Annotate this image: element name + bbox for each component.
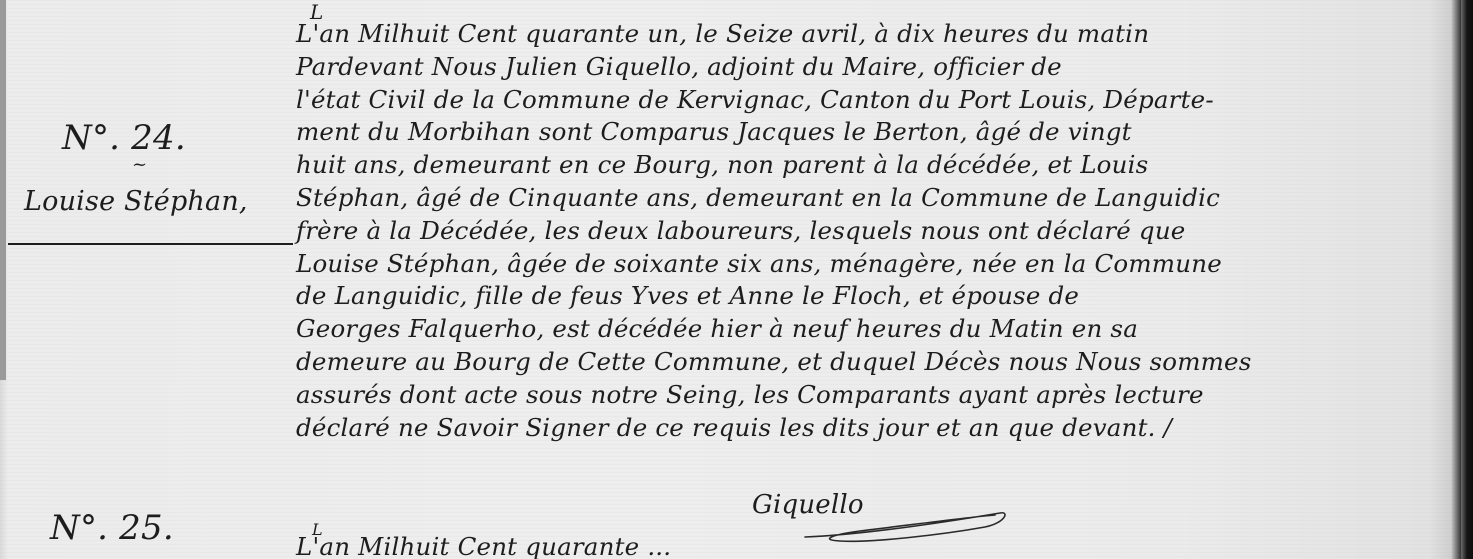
act-24-body: L'an Milhuit Cent quarante un, le Seize … (296, 18, 1456, 444)
act-line: L'an Milhuit Cent quarante un, le Seize … (296, 18, 1456, 51)
left-binding-shadow (0, 0, 6, 380)
act-25-first-line: L'an Milhuit Cent quarante ... (296, 532, 671, 559)
act-line: Georges Falquerho, est décédée hier à ne… (296, 313, 1456, 346)
record-number-underline-tilde: ~ (132, 154, 147, 175)
record-number-25: N°. 25. (50, 508, 174, 548)
record-number-24-label: N°. 24. (62, 118, 186, 158)
act-line: de Languidic, fille de feus Yves et Anne… (296, 280, 1456, 313)
act-line: huit ans, demeurant en ce Bourg, non par… (296, 149, 1456, 182)
act-line: ment du Morbihan sont Comparus Jacques l… (296, 116, 1456, 149)
signature-flourish-icon (800, 505, 1010, 545)
act-line: Pardevant Nous Julien Giquello, adjoint … (296, 51, 1456, 84)
act-line: assurés dont acte sous notre Seing, les … (296, 379, 1456, 412)
act-line: demeure au Bourg de Cette Commune, et du… (296, 346, 1456, 379)
register-page: N°. 24. ~ Louise Stéphan, N°. 25. L L'an… (0, 0, 1473, 559)
record-number-24: N°. 24. ~ (62, 118, 186, 158)
act-line: l'état Civil de la Commune de Kervignac,… (296, 84, 1456, 117)
margin-separator-rule (8, 243, 293, 245)
act-line: frère à la Décédée, les deux laboureurs,… (296, 215, 1456, 248)
act-line: Louise Stéphan, âgée de soixante six ans… (296, 248, 1456, 281)
deceased-name-margin: Louise Stéphan, (24, 186, 248, 217)
right-binding-edge (1461, 0, 1473, 559)
act-line: déclaré ne Savoir Signer de ce requis le… (296, 412, 1456, 445)
act-line: Stéphan, âgé de Cinquante ans, demeurant… (296, 182, 1456, 215)
